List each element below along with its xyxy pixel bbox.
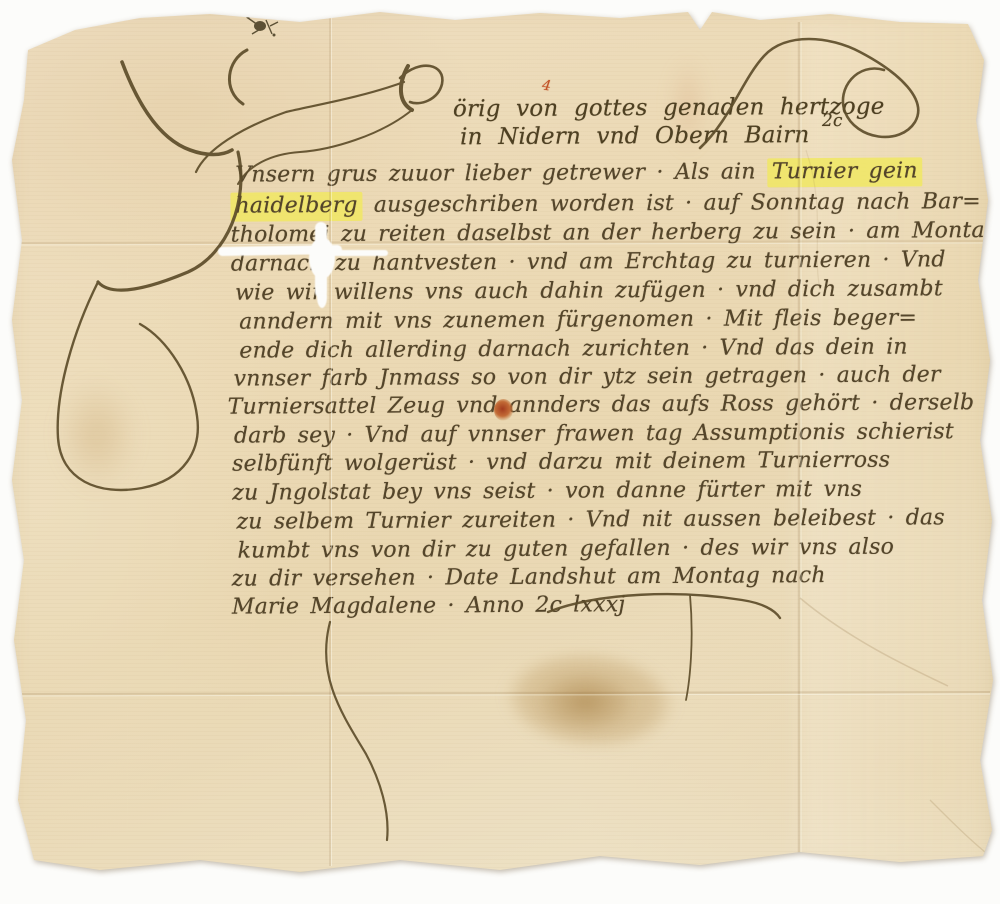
body-text-segment: darb sey · Vnd auf vnnser frawen tag Ass… [234, 419, 954, 448]
body-text-segment: anndern mit vns zunemen fürgenomen · Mit… [239, 305, 917, 334]
body-line: vnnser farb Jnmass so von dir ytz sein g… [233, 361, 940, 392]
wax-spot [494, 399, 513, 421]
body-text-segment: wie wir willens vns auch dahin zufügen ·… [235, 276, 943, 305]
body-text-segment: vnnser farb Jnmass so von dir ytz sein g… [233, 362, 940, 391]
body-text-segment: selbfünft wolgerüst · vnd darzu mit dein… [232, 448, 890, 477]
body-line: selbfünft wolgerüst · vnd darzu mit dein… [232, 447, 890, 478]
red-edge-marks [7, 28, 13, 107]
body-text-segment: ende dich allerding darnach zurichten · … [239, 335, 908, 364]
scan-background: { "document": { "kind": "Medieval manusc… [0, 0, 1000, 904]
body-line: kumbt vns von dir zu guten gefallen · de… [238, 534, 895, 565]
body-line: darb sey · Vnd auf vnnser frawen tag Ass… [234, 418, 954, 449]
body-line: tholomei zu reiten daselbst an der herbe… [231, 217, 1000, 249]
letter-text: örig von gottes genaden hertzoge in Nide… [0, 0, 1000, 904]
body-text-segment: tholomei zu reiten daselbst an der herbe… [231, 218, 1000, 248]
body-line: Turniersattel Zeug vnd annders das aufs … [228, 389, 975, 421]
body-line: ende dich allerding darnach zurichten · … [239, 334, 908, 365]
red-edge-mark-top [8, 28, 13, 45]
body-line: zu dir versehen · Date Landshut am Monta… [232, 562, 826, 593]
heading-line-1: örig von gottes genaden hertzoge [453, 94, 885, 124]
body-line: darnach zu hantvesten · vnd am Erchtag z… [231, 246, 946, 277]
paper-wrap: örig von gottes genaden hertzoge in Nide… [0, 0, 1000, 904]
body-line: wie wir willens vns auch dahin zufügen ·… [235, 275, 943, 306]
body-text-segment: Vnsern grus zuuor lieber getrewer · Als … [235, 159, 767, 187]
body-text-segment: Turniersattel Zeug vnd annders das aufs … [228, 390, 975, 420]
manuscript-paper: örig von gottes genaden hertzoge in Nide… [0, 0, 1000, 904]
red-edge-mark-lower [7, 98, 11, 107]
body-text-segment: kumbt vns von dir zu guten gefallen · de… [238, 535, 895, 564]
body-line: zu Jngolstat bey vns seist · von danne f… [232, 476, 862, 507]
heading-line-2: in Nidern vnd Obern Bairn [460, 122, 810, 151]
body-line: zu selbem Turnier zureiten · Vnd nit aus… [236, 504, 945, 535]
body-text-segment: zu selbem Turnier zureiten · Vnd nit aus… [236, 505, 945, 534]
body-text-segment: zu dir versehen · Date Landshut am Monta… [232, 563, 826, 592]
highlight-span: Turnier gein [767, 157, 923, 187]
body-text-segment: Marie Magdalene · Anno 2c lxxxj [232, 592, 626, 619]
body-text-segment: zu Jngolstat bey vns seist · von danne f… [232, 477, 862, 506]
body-line: anndern mit vns zunemen fürgenomen · Mit… [239, 304, 917, 335]
body-line: haidelberg ausgeschriben worden ist · au… [230, 188, 981, 220]
body-text-segment: ausgeschriben worden ist · auf Sonntag n… [363, 189, 981, 218]
heading-etc-mark: 2c [822, 108, 843, 135]
body-text-block: Vnsern grus zuuor lieber getrewer · Als … [0, 0, 997, 3]
body-text-segment: darnach zu hantvesten · vnd am Erchtag z… [231, 247, 946, 276]
highlight-span: haidelberg [230, 192, 362, 222]
body-line: Vnsern grus zuuor lieber getrewer · Als … [235, 157, 923, 188]
body-line: Marie Magdalene · Anno 2c lxxxj [232, 591, 626, 620]
